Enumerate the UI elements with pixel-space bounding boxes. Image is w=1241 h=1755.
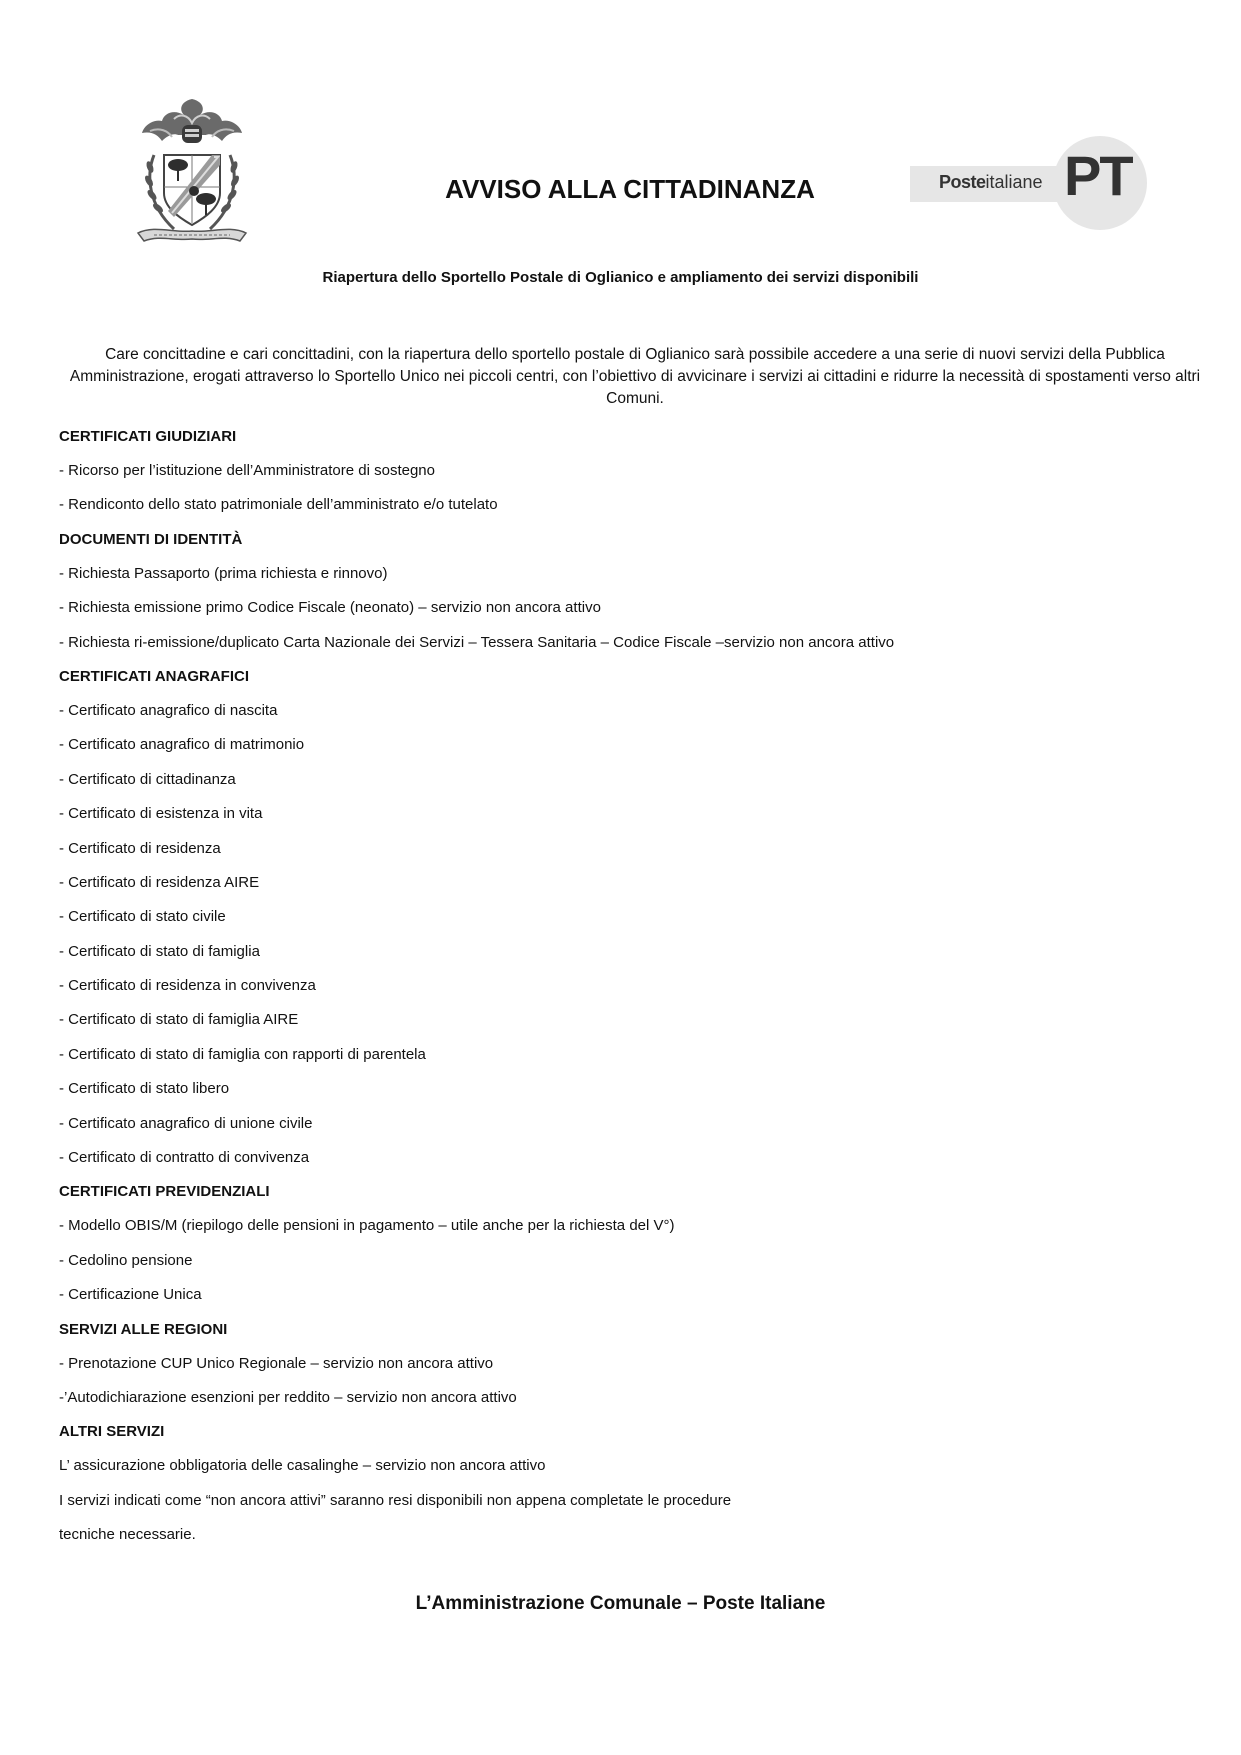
list-item: -’Autodichiarazione esenzioni per reddit… <box>59 1388 1199 1422</box>
intro-paragraph: Care concittadine e cari concittadini, c… <box>55 344 1215 410</box>
list-item: - Richiesta Passaporto (prima richiesta … <box>59 564 1199 598</box>
list-item: L’ assicurazione obbligatoria delle casa… <box>59 1456 1199 1490</box>
list-item: - Certificato anagrafico di unione civil… <box>59 1114 1199 1148</box>
list-item: - Certificato di residenza <box>59 839 1199 873</box>
document-subtitle: Riapertura dello Sportello Postale di Og… <box>0 269 1241 286</box>
list-item: - Certificato anagrafico di nascita <box>59 701 1199 735</box>
list-item: - Certificato di cittadinanza <box>59 770 1199 804</box>
list-item: - Certificato di stato di famiglia <box>59 942 1199 976</box>
coat-of-arms-icon <box>134 95 250 250</box>
list-item: - Prenotazione CUP Unico Regionale – ser… <box>59 1354 1199 1388</box>
list-item: - Certificato anagrafico di matrimonio <box>59 735 1199 769</box>
logo-brand-light: italiane <box>986 172 1043 192</box>
list-item: - Certificato di contratto di convivenza <box>59 1148 1199 1182</box>
list-item: - Cedolino pensione <box>59 1251 1199 1285</box>
list-item: - Certificato di residenza in convivenza <box>59 976 1199 1010</box>
list-item: - Certificato di esistenza in vita <box>59 804 1199 838</box>
logo-brand-bold: Poste <box>939 172 986 192</box>
section-heading: SERVIZI ALLE REGIONI <box>59 1320 1199 1354</box>
closing-signature: L’Amministrazione Comunale – Poste Itali… <box>0 1593 1241 1615</box>
list-item: - Richiesta ri-emissione/duplicato Carta… <box>59 633 1199 667</box>
logo-wordmark: Posteitaliane <box>939 172 1043 193</box>
list-item: - Certificato di stato di famiglia AIRE <box>59 1010 1199 1044</box>
section-heading: ALTRI SERVIZI <box>59 1422 1199 1456</box>
section-heading: CERTIFICATI GIUDIZIARI <box>59 427 1199 461</box>
list-item: - Rendiconto dello stato patrimoniale de… <box>59 495 1199 529</box>
list-item: - Modello OBIS/M (riepilogo delle pensio… <box>59 1216 1199 1250</box>
list-item: - Richiesta emissione primo Codice Fisca… <box>59 598 1199 632</box>
section-heading: CERTIFICATI PREVIDENZIALI <box>59 1182 1199 1216</box>
poste-italiane-logo: Posteitaliane PT <box>910 136 1160 232</box>
list-item: I servizi indicati come “non ancora atti… <box>59 1491 1199 1525</box>
services-list: CERTIFICATI GIUDIZIARI- Ricorso per l’is… <box>59 427 1199 1560</box>
list-item: - Ricorso per l’istituzione dell’Amminis… <box>59 461 1199 495</box>
list-item: tecniche necessarie. <box>59 1525 1199 1559</box>
page-title: AVVISO ALLA CITTADINANZA <box>380 174 880 205</box>
section-heading: DOCUMENTI DI IDENTITÀ <box>59 530 1199 564</box>
municipal-crest-logo <box>134 95 250 250</box>
list-item: - Certificato di stato di famiglia con r… <box>59 1045 1199 1079</box>
list-item: - Certificato di residenza AIRE <box>59 873 1199 907</box>
section-heading: CERTIFICATI ANAGRAFICI <box>59 667 1199 701</box>
list-item: - Certificato di stato libero <box>59 1079 1199 1113</box>
list-item: - Certificazione Unica <box>59 1285 1199 1319</box>
list-item: - Certificato di stato civile <box>59 907 1199 941</box>
logo-pt-mark: PT <box>1064 148 1132 204</box>
